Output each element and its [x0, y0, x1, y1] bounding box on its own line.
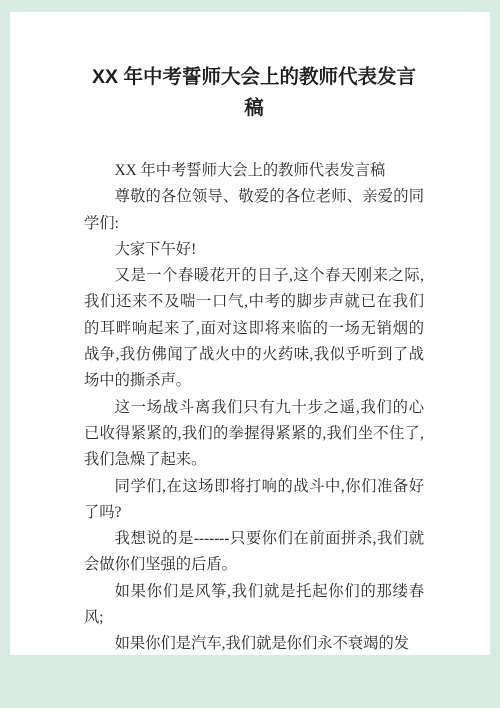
paragraph: 尊敬的各位领导、敬爱的各位老师、亲爱的同学们: — [84, 184, 424, 237]
paragraph: 如果你们是汽车,我们就是你们永不衰竭的发 — [84, 631, 424, 655]
paragraph: 又是一个春暖花开的日子,这个春天刚来之际,我们还来不及喘一口气,中考的脚步声就已… — [84, 263, 424, 394]
paragraph: 这一场战斗离我们只有九十步之遥,我们的心已收得紧紧的,我们的拳握得紧紧的,我们坐… — [84, 395, 424, 474]
document-content: XX 年中考誓师大会上的教师代表发言稿 XX 年中考誓师大会上的教师代表发言稿尊… — [10, 12, 490, 655]
paragraph: 如果你们是风筝,我们就是托起你们的那缕春风; — [84, 579, 424, 632]
paragraph: XX 年中考誓师大会上的教师代表发言稿 — [84, 158, 424, 184]
document-title: XX 年中考誓师大会上的教师代表发言稿 — [84, 62, 424, 124]
paragraph: 我想说的是-------只要你们在前面拼杀,我们就会做你们坚强的后盾。 — [84, 526, 424, 579]
document-body: XX 年中考誓师大会上的教师代表发言稿尊敬的各位领导、敬爱的各位老师、亲爱的同学… — [84, 158, 424, 655]
document-page: XX 年中考誓师大会上的教师代表发言稿 XX 年中考誓师大会上的教师代表发言稿尊… — [10, 12, 490, 655]
paragraph: 大家下午好! — [84, 237, 424, 263]
page-background: { "colors": { "background": "#d7ebe2", "… — [0, 0, 500, 708]
paragraph: 同学们,在这场即将打响的战斗中,你们准备好了吗? — [84, 474, 424, 527]
